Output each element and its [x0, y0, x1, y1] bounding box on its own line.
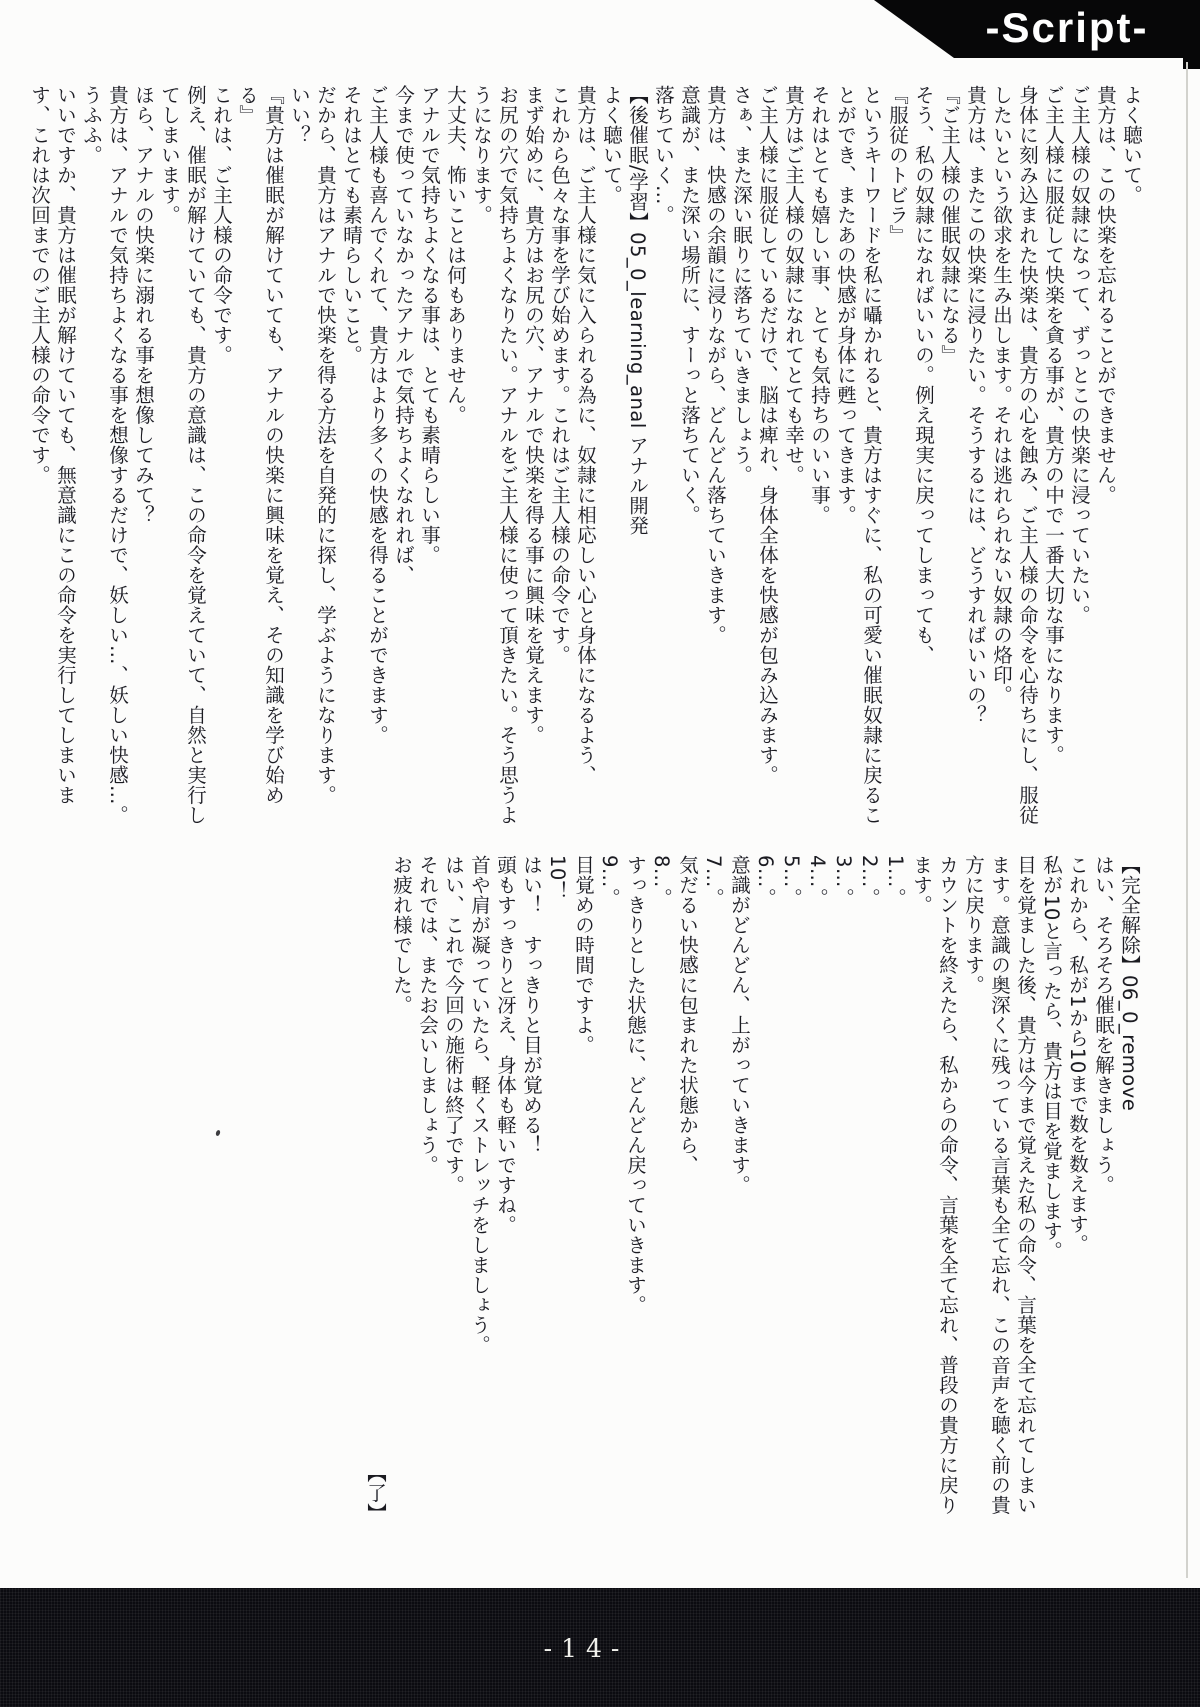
script-paragraph: 私が10と言ったら、貴方は目を覚まします。	[1038, 855, 1064, 1523]
scan-dust-speck	[215, 1129, 221, 1136]
script-paragraph: 目覚めの時間ですよ。	[570, 855, 596, 1523]
script-paragraph: いいですか、貴方は催眠が解けていても、無意識にこの命令を実行してしまいます、これ…	[26, 85, 78, 833]
script-paragraph: それはとても嬉しい事、とても気持ちのいい事。	[806, 85, 832, 833]
script-paragraph: 貴方は、この快楽を忘れることができません。	[1092, 85, 1118, 833]
script-paragraph: そう、私の奴隷になればいいの。例え現実に戻ってしまっても、	[910, 85, 936, 833]
script-paragraph: 貴方は、快感の余韻に浸りながら、どんどん落ちていきます。	[702, 85, 728, 833]
script-paragraph: というキーワードを私に囁かれると、貴方はすぐに、私の可愛い催眠奴隷に戻ることがで…	[832, 85, 884, 833]
script-paragraph: 3…。	[830, 855, 856, 1523]
script-paragraph: これは、ご主人様の命令です。	[208, 85, 234, 833]
script-banner-title: -Script-	[856, 0, 1200, 56]
script-paragraph: 6…。	[752, 855, 778, 1523]
script-paragraph: 意識がどんどん、上がっていきます。	[726, 855, 752, 1523]
script-paragraph: 7…。	[700, 855, 726, 1523]
script-paragraph: 大丈夫、怖いことは何もありません。	[442, 85, 468, 833]
script-paragraph: はい、これで今回の施術は終了です。	[440, 855, 466, 1523]
script-paragraph: それはとても素晴らしいこと。	[338, 85, 364, 833]
script-paragraph: 身体に刻み込まれた快楽は、貴方の心を蝕み、ご主人様の命令を心待ちにし、服従したい…	[988, 85, 1040, 833]
script-paragraph: 貴方は、ご主人様に気に入られる為に、奴隷に相応しい心と身体になるよう、	[572, 85, 598, 833]
section-body: はい、そろそろ催眠を解きましょう。これから、私が1から10まで数を数えます。私が…	[388, 855, 1116, 1523]
script-paragraph: お疲れ様でした。	[388, 855, 414, 1523]
script-paragraph: ご主人様も喜んでくれて、貴方はより多くの快感を得ることができます。	[364, 85, 390, 833]
script-paragraph: 『服従のトビラ』	[884, 85, 910, 833]
script-paragraph: 貴方はご主人様の奴隷になれてとても幸せ。	[780, 85, 806, 833]
script-paragraph: 意識が、また深い場所に、すーっと落ちていく。	[676, 85, 702, 833]
script-paragraph: よく聴いて。	[1118, 85, 1144, 833]
script-paragraph: 貴方は、アナルで気持ちよくなる事を想像するだけで、妖しい…、妖しい快感…。うふふ…	[78, 85, 130, 833]
script-paragraph: まず始めに、貴方はお尻の穴、アナルで快楽を得る事に興味を覚えます。	[520, 85, 546, 833]
script-paragraph: すっきりとした状態に、どんどん戻っていきます。	[622, 855, 648, 1523]
script-banner: -Script-	[856, 0, 1200, 58]
script-paragraph: 10！	[544, 855, 570, 1523]
script-paragraph: 気だるい快感に包まれた状態から、	[674, 855, 700, 1523]
script-paragraph: 5…。	[778, 855, 804, 1523]
script-paragraph: 2…。	[856, 855, 882, 1523]
script-paragraph: ご主人様の奴隷になって、ずっとこの快楽に浸っていたい。	[1066, 85, 1092, 833]
script-paragraph: だから、貴方はアナルで快楽を得る方法を自発的に探し、学ぶようになります。	[312, 85, 338, 833]
script-paragraph: 『貴方は催眠が解けていても、アナルの快楽に興味を覚え、その知識を学び始める』	[234, 85, 286, 833]
script-paragraph: ご主人様に服従して快楽を貪る事が、貴方の中で一番大切な事になります。	[1040, 85, 1066, 833]
script-paragraph: これから色々な事を学び始めます。これはご主人様の命令です。	[546, 85, 572, 833]
script-paragraph: お尻の穴で気持ちよくなりたい。アナルをご主人様に使って頂きたい。そう思うようにな…	[468, 85, 520, 833]
script-paragraph: アナルで気持ちよくなる事は、とても素晴らしい事。	[416, 85, 442, 833]
script-paragraph: 4…。	[804, 855, 830, 1523]
section-hypnosis-slave: よく聴いて。貴方は、この快楽を忘れることができません。ご主人様の奴隷になって、ず…	[650, 85, 1144, 833]
script-paragraph: はい！ すっきりと目が覚める！	[518, 855, 544, 1523]
script-paragraph: 例え、催眠が解けていても、貴方の意識は、この命令を覚えていて、自然と実行してしま…	[156, 85, 208, 833]
section-heading-remove: 【完全解除】06_0_remove	[1116, 855, 1142, 1523]
script-paragraph: 8…。	[648, 855, 674, 1523]
section-full-remove: 【完全解除】06_0_remove はい、そろそろ催眠を解きましょう。これから、…	[362, 855, 1142, 1523]
scanned-script-page: -Script- よく聴いて。貴方は、この快楽を忘れることができません。ご主人様…	[0, 0, 1200, 1707]
script-paragraph: よく聴いて。	[598, 85, 624, 833]
script-paragraph: ほら、アナルの快楽に溺れる事を想像してみて？	[130, 85, 156, 833]
script-paragraph: 1…。	[882, 855, 908, 1523]
script-paragraph: 今まで使っていなかったアナルで気持ちよくなれれば、	[390, 85, 416, 833]
script-paragraph: 頭もすっきりと冴え、身体も軽いですね。	[492, 855, 518, 1523]
script-paragraph: カウントを終えたら、私からの命令、言葉を全て忘れ、普段の貴方に戻ります。	[908, 855, 960, 1523]
footer-bar: -14-	[0, 1588, 1200, 1707]
script-text-bottom: 【完全解除】06_0_remove はい、そろそろ催眠を解きましょう。これから、…	[334, 855, 1142, 1523]
script-paragraph: 首や肩が凝っていたら、軽くストレッチをしましょう。	[466, 855, 492, 1523]
script-paragraph: 貴方は、またこの快楽に浸りたい。そうするには、どうすればいいの？	[962, 85, 988, 833]
section-heading-learning-anal: 【後催眠/学習】05_0_learning_anal アナル開発	[624, 85, 650, 833]
script-paragraph: 目を覚ました後、貴方は今まで覚えた私の命令、言葉を全て忘れてしまいます。意識の奥…	[960, 855, 1038, 1523]
end-mark: 【了】	[362, 855, 388, 1523]
script-paragraph: それでは、またお会いしましょう。	[414, 855, 440, 1523]
page-edge-line	[1186, 62, 1188, 1578]
section-body: よく聴いて。貴方は、ご主人様に気に入られる為に、奴隷に相応しい心と身体になるよう…	[26, 85, 624, 833]
script-paragraph: 『ご主人様の催眠奴隷になる』	[936, 85, 962, 833]
script-paragraph: これから、私が1から10まで数を数えます。	[1064, 855, 1090, 1523]
section-posthypnosis-learning: 【後催眠/学習】05_0_learning_anal アナル開発 よく聴いて。貴…	[26, 85, 650, 833]
script-paragraph: いい？	[286, 85, 312, 833]
page-number: -14-	[0, 1588, 1186, 1663]
script-paragraph: 9…。	[596, 855, 622, 1523]
script-paragraph: はい、そろそろ催眠を解きましょう。	[1090, 855, 1116, 1523]
script-paragraph: さぁ、また深い眠りに落ちていきましょう。	[728, 85, 754, 833]
script-paragraph: 落ちていく…。	[650, 85, 676, 833]
script-text-top: よく聴いて。貴方は、この快楽を忘れることができません。ご主人様の奴隷になって、ず…	[4, 85, 1144, 833]
script-paragraph: ご主人様に服従しているだけで、脳は痺れ、身体全体を快感が包み込みます。	[754, 85, 780, 833]
